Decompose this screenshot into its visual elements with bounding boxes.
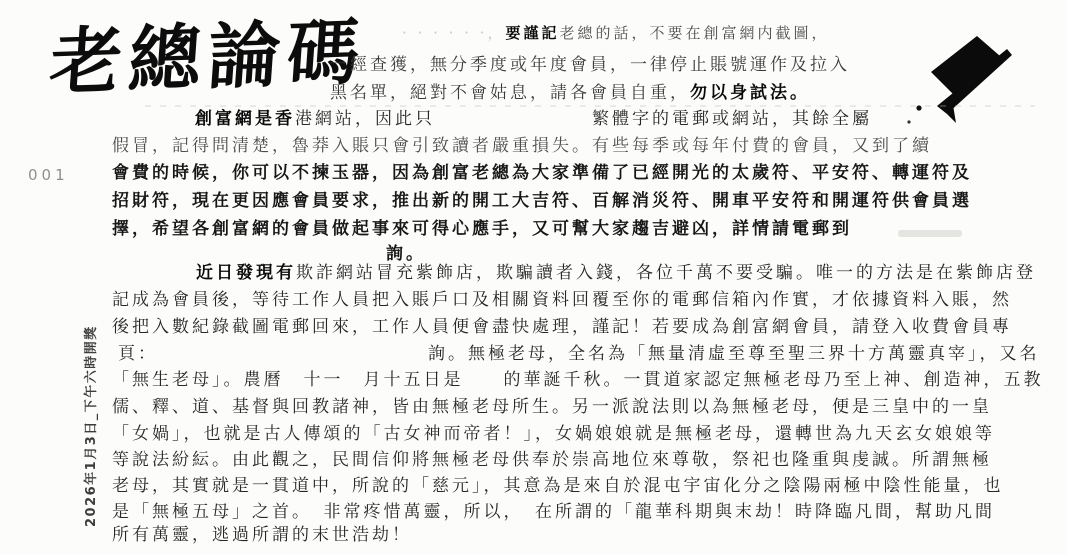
para1-line-6: 詢。 [386, 246, 426, 263]
para2-line-8: 等說法紛紜。由此觀之，民間信仰將無極老母供奉於崇高地位來尊敬，祭祀也隆重與虔誠。… [112, 452, 992, 469]
para1-line-5: 擇，希望各創富網的會員做起事來可得心應手，又可幫大家趨吉避凶，詳情請電郵到 [112, 221, 852, 238]
para2-line-5: 「無生老母」。農曆 十一 月十五日是 的華誕千秋。一貫道家認定無極老母乃至上神、… [112, 372, 1044, 389]
para1-line-4: 招財符，現在更因應會員要求，推出新的開工大吉符、百解消災符、開車平安符和開運符供… [112, 193, 972, 210]
scanned-leaflet: 老總論碼 · · · · · ·，要謹記老總的話，不要在創富網内截圖， 一經查獲… [0, 0, 1067, 554]
para2-line-7: 「女媧」，也就是古人傳頌的「古女神而帝者！」，女媧娘娘就是無極老母，還轉世為九天… [112, 426, 995, 443]
para1-line-2: 假冒，記得問清楚，魯莽入賬只會引致讀者嚴重損失。有些每季或每年付費的會員，又到了… [112, 138, 932, 155]
erased-email-smudge [898, 230, 962, 237]
ink-pen-icon [903, 28, 1018, 132]
para1-lead-bold: 創富網是香 [195, 109, 295, 129]
page-number: 001 [28, 166, 69, 184]
para1-line-3: 會費的時候，你可以不揀玉器，因為創富老總為大家準備了已經開光的太歲符、平安符、轉… [112, 165, 972, 182]
warning-line-2: 一經查獲，無分季度或年度會員，一律停止賬號運作及拉入 [330, 57, 850, 74]
para2-line-11: 所有萬靈，逃過所謂的末世浩劫！ [112, 527, 412, 544]
warning-text: 黑名單，絕對不會姑息，請各會員自重， [330, 83, 690, 103]
warning-text: 老總的話，不要在創富網内截圖， [559, 24, 829, 42]
faded-erased-text: · · · · · ·， [402, 24, 505, 42]
para1-text: 港網站，因此只 [295, 109, 435, 129]
para2-line-10: 是「無極五母」之首。 非常疼惜萬靈，所以， 在所謂的「龍華科期與末劫！時降臨凡間… [112, 504, 995, 521]
para2-lead-bold: 近日發現有 [196, 263, 296, 283]
warning-emphasis: 要謹記 [505, 24, 559, 42]
para2-line-1: 近日發現有欺詐網站冒充紫飾店，欺騙讀者入錢，各位千萬不要受騙。唯一的方法是在紫飾… [196, 265, 1036, 282]
warning-line-1: · · · · · ·，要謹記老總的話，不要在創富網内截圖， [402, 26, 829, 41]
para2-text: 欺詐網站冒充紫飾店，欺騙讀者入錢，各位千萬不要受騙。唯一的方法是在紫飾店登 [296, 263, 1036, 283]
para2-line-3: 後把入數紀錄截圖電郵回來，工作人員便會盡快處理，謹記！若要成為創富網會員，請登入… [112, 319, 1012, 336]
draw-date-side-note: 2026年1月3日_下午六時開獎 [80, 325, 99, 527]
para2-line-9: 老母，其實就是一貫道中，所說的「慈元」，其意為是來自於混屯宇宙化分之陰陽兩極中陰… [112, 478, 1004, 495]
para1-line-1-right: 繁體字的電郵或網站，其餘全屬 [592, 111, 872, 128]
para2-line-4-right: 詢。無極老母，全名為「無量清虛至尊至聖三界十方萬靈真宰」，又名 [428, 346, 1040, 363]
para2-line-4-left: 頁： [118, 346, 158, 363]
warning-line-3: 黑名單，絕對不會姑息，請各會員自重，勿以身試法。 [330, 85, 810, 102]
para2-line-6: 儒、釋、道、基督與回教諸神，皆由無極老母所生。另一派說法則以為無極老母，便是三皇… [112, 399, 992, 416]
warning-emphasis: 勿以身試法。 [690, 83, 810, 103]
scan-streak [145, 105, 1035, 107]
masthead-title: 老總論碼 [47, 8, 369, 106]
para2-line-2: 記成為會員後，等待工作人員把入賬戶口及相關資料回覆至你的電郵信箱內作實，才依據資… [112, 292, 1012, 309]
para1-line-1-left: 創富網是香港網站，因此只 [195, 111, 435, 128]
